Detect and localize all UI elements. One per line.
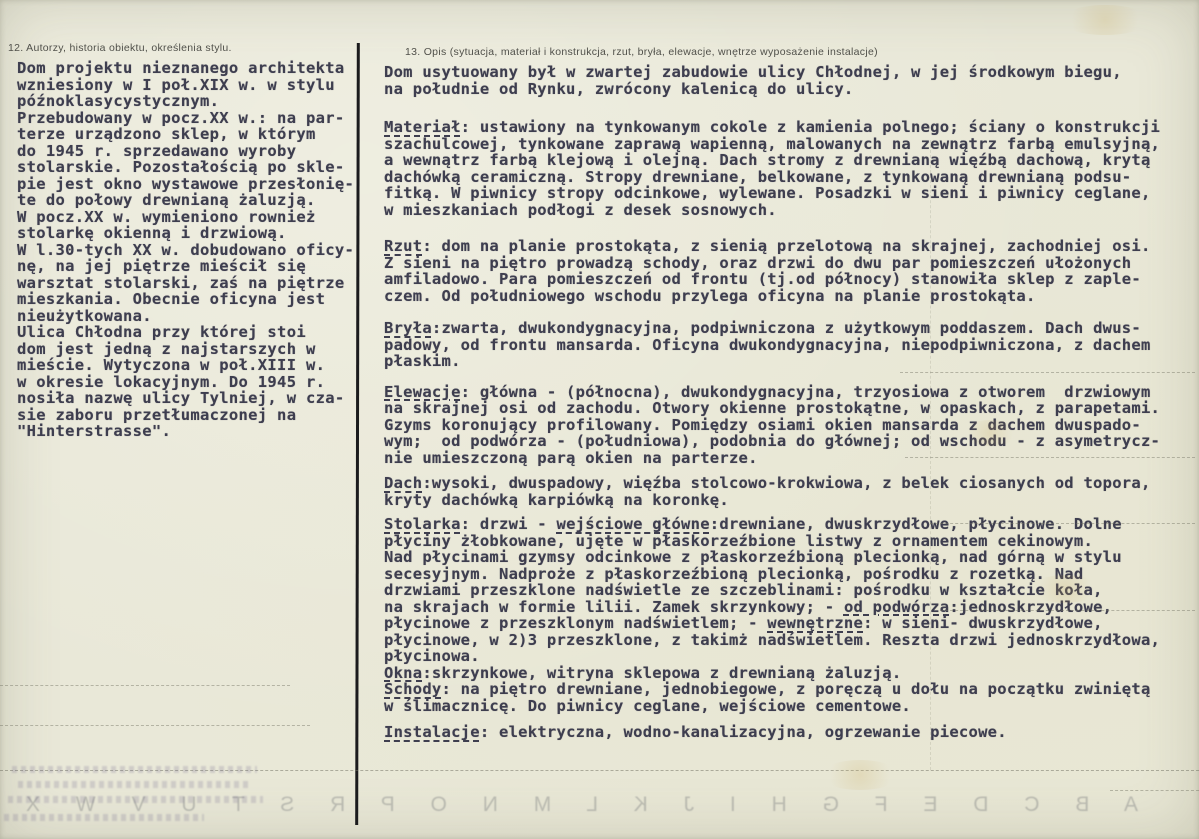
guide-line xyxy=(940,610,1195,611)
guide-line xyxy=(900,372,1195,373)
field-13-header: 13. Opis (sytuacja, materiał i konstrukc… xyxy=(405,46,878,58)
section-okna-text: Okna:skrzynkowe, witryna sklepowa z drew… xyxy=(384,665,1199,682)
bleedthrough-smudge xyxy=(18,781,248,788)
guide-line xyxy=(0,685,290,686)
bleedthrough-smudge xyxy=(8,796,263,803)
bleedthrough-smudge xyxy=(12,766,257,773)
paper-stain xyxy=(820,760,900,790)
field-12-body-text: Dom projektu nieznanego architekta wznie… xyxy=(17,60,361,440)
scanned-record-card: 12. Autorzy, historia obiektu, określeni… xyxy=(0,0,1199,839)
paper-stain xyxy=(960,420,1020,446)
section-material-text: Materiał: ustawiony na tynkowanym cokole… xyxy=(384,119,1199,218)
field-12-header: 12. Autorzy, historia obiektu, określeni… xyxy=(8,42,232,54)
bleedthrough-alphabet: A B C D E F G H I J K L M N O P R S T U … xyxy=(368,793,1138,817)
field-13-body: Dom usytuowany był w zwartej zabudowie u… xyxy=(384,64,1199,741)
section-instalacje-text: Instalacje: elektryczna, wodno-kanalizac… xyxy=(384,724,1199,741)
guide-line xyxy=(1110,790,1199,791)
bleedthrough-smudge xyxy=(4,814,204,821)
section-elewacje-text: Elewacje: główna - (północna), dwukondyg… xyxy=(384,384,1199,467)
guide-line xyxy=(905,457,1195,458)
section-rzut-text: Rzut: dom na planie prostokąta, z sienią… xyxy=(384,238,1199,304)
guide-line xyxy=(930,523,1195,524)
section-dach-text: Dach:wysoki, dwuspadowy, więźba stolcowo… xyxy=(384,475,1199,508)
section-bryla-text: Bryła:zwarta, dwukondygnacyjna, podpiwni… xyxy=(384,320,1199,370)
section-schody-text: Schody: na piętro drewniane, jednobiegow… xyxy=(384,681,1199,714)
guide-line-vertical xyxy=(930,140,931,770)
paper-stain xyxy=(1030,575,1100,603)
paper-stain xyxy=(1060,5,1150,35)
guide-line xyxy=(0,725,310,726)
section-situation-text: Dom usytuowany był w zwartej zabudowie u… xyxy=(384,64,1199,97)
